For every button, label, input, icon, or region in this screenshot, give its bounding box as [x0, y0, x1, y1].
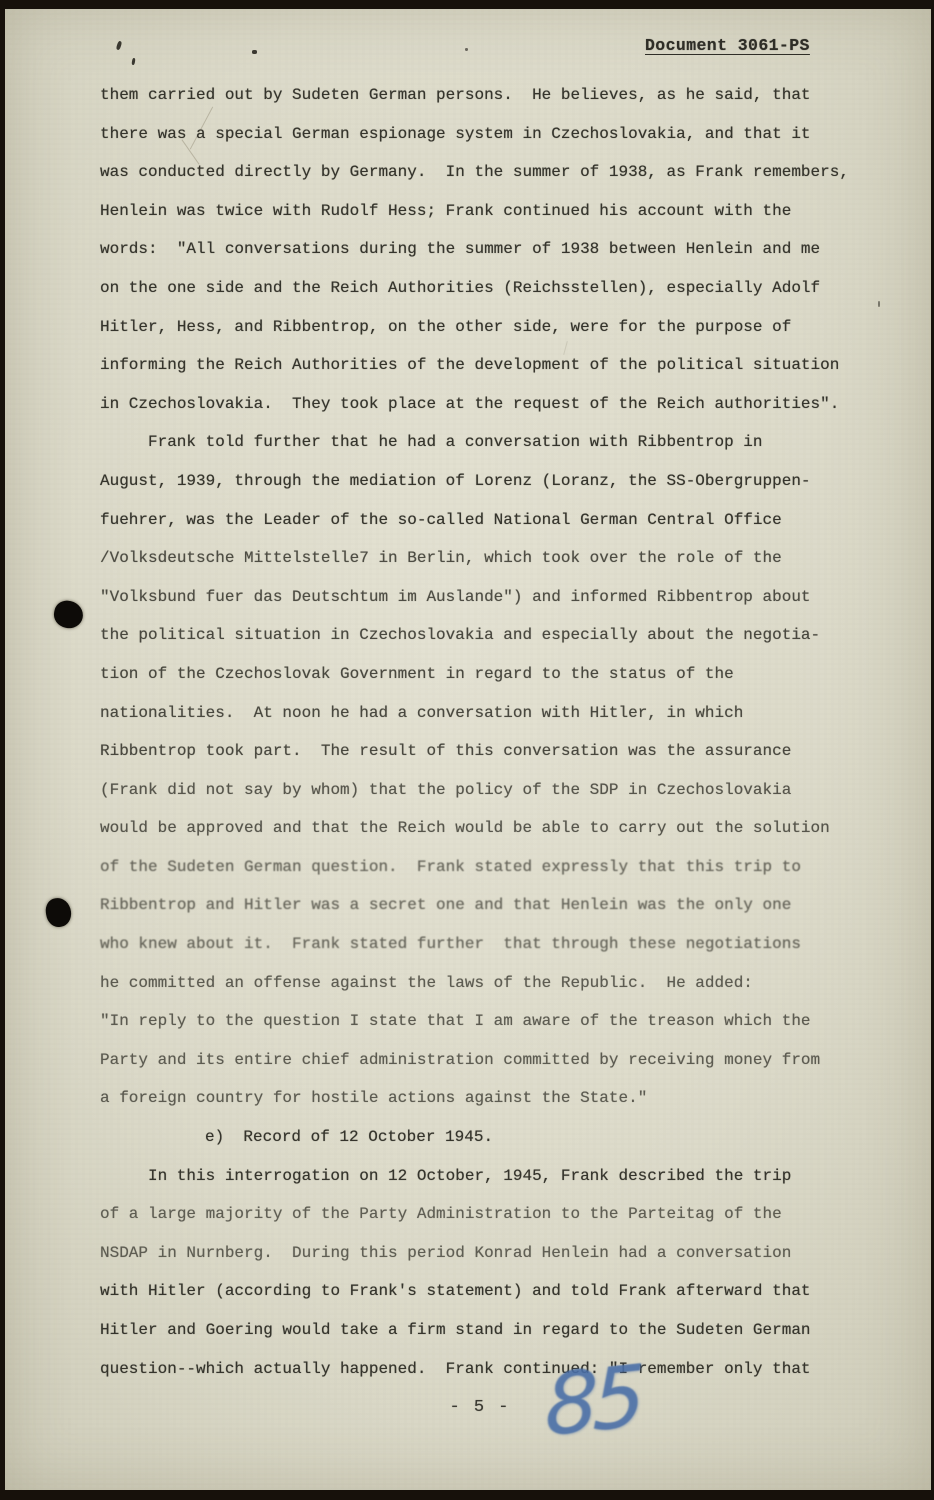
- ink-speck: [252, 50, 257, 54]
- text-line: /Volksdeutsche Mittelstelle7 in Berlin, …: [100, 539, 890, 578]
- text-line: a foreign country for hostile actions ag…: [100, 1079, 890, 1118]
- text-line: Hitler, Hess, and Ribbentrop, on the oth…: [100, 308, 890, 347]
- text-line: question--which actually happened. Frank…: [100, 1350, 890, 1389]
- ink-speck: [465, 48, 468, 51]
- text-line: informing the Reich Authorities of the d…: [100, 346, 890, 385]
- text-line: was conducted directly by Germany. In th…: [100, 153, 890, 192]
- text-line: Ribbentrop took part. The result of this…: [100, 732, 890, 771]
- text-line: tion of the Czechoslovak Government in r…: [100, 655, 890, 694]
- text-line: In this interrogation on 12 October, 194…: [100, 1157, 890, 1196]
- text-line: the political situation in Czechoslovaki…: [100, 616, 890, 655]
- text-line: words: "All conversations during the sum…: [100, 230, 890, 269]
- ink-speck: [131, 58, 135, 65]
- text-line: them carried out by Sudeten German perso…: [100, 76, 890, 115]
- text-line: with Hitler (according to Frank's statem…: [100, 1272, 890, 1311]
- text-line: Party and its entire chief administratio…: [100, 1041, 890, 1080]
- text-line: would be approved and that the Reich wou…: [100, 809, 890, 848]
- text-line: fuehrer, was the Leader of the so-called…: [100, 501, 890, 540]
- text-line: August, 1939, through the mediation of L…: [100, 462, 890, 501]
- ink-speck: [116, 41, 123, 51]
- text-line: "In reply to the question I state that I…: [100, 1002, 890, 1041]
- text-line: e) Record of 12 October 1945.: [100, 1118, 890, 1157]
- text-line: there was a special German espionage sys…: [100, 115, 890, 154]
- text-line: Henlein was twice with Rudolf Hess; Fran…: [100, 192, 890, 231]
- handwritten-page-annotation: 85: [545, 1347, 639, 1455]
- text-line: in Czechoslovakia. They took place at th…: [100, 385, 890, 424]
- text-line: Hitler and Goering would take a firm sta…: [100, 1311, 890, 1350]
- text-line: NSDAP in Nurnberg. During this period Ko…: [100, 1234, 890, 1273]
- text-line: Ribbentrop and Hitler was a secret one a…: [100, 886, 890, 925]
- text-line: who knew about it. Frank stated further …: [100, 925, 890, 964]
- text-line: on the one side and the Reich Authoritie…: [100, 269, 890, 308]
- page-number: - 5 -: [100, 1398, 860, 1417]
- text-line: (Frank did not say by whom) that the pol…: [100, 771, 890, 810]
- document-title: Document 3061-PS: [645, 36, 810, 55]
- text-line: nationalities. At noon he had a conversa…: [100, 694, 890, 733]
- text-line: of a large majority of the Party Adminis…: [100, 1195, 890, 1234]
- text-line: "Volksbund fuer das Deutschtum im Auslan…: [100, 578, 890, 617]
- text-line: he committed an offense against the laws…: [100, 964, 890, 1003]
- document-lines: them carried out by Sudeten German perso…: [100, 76, 890, 1388]
- text-line: of the Sudeten German question. Frank st…: [100, 848, 890, 887]
- text-line: Frank told further that he had a convers…: [100, 423, 890, 462]
